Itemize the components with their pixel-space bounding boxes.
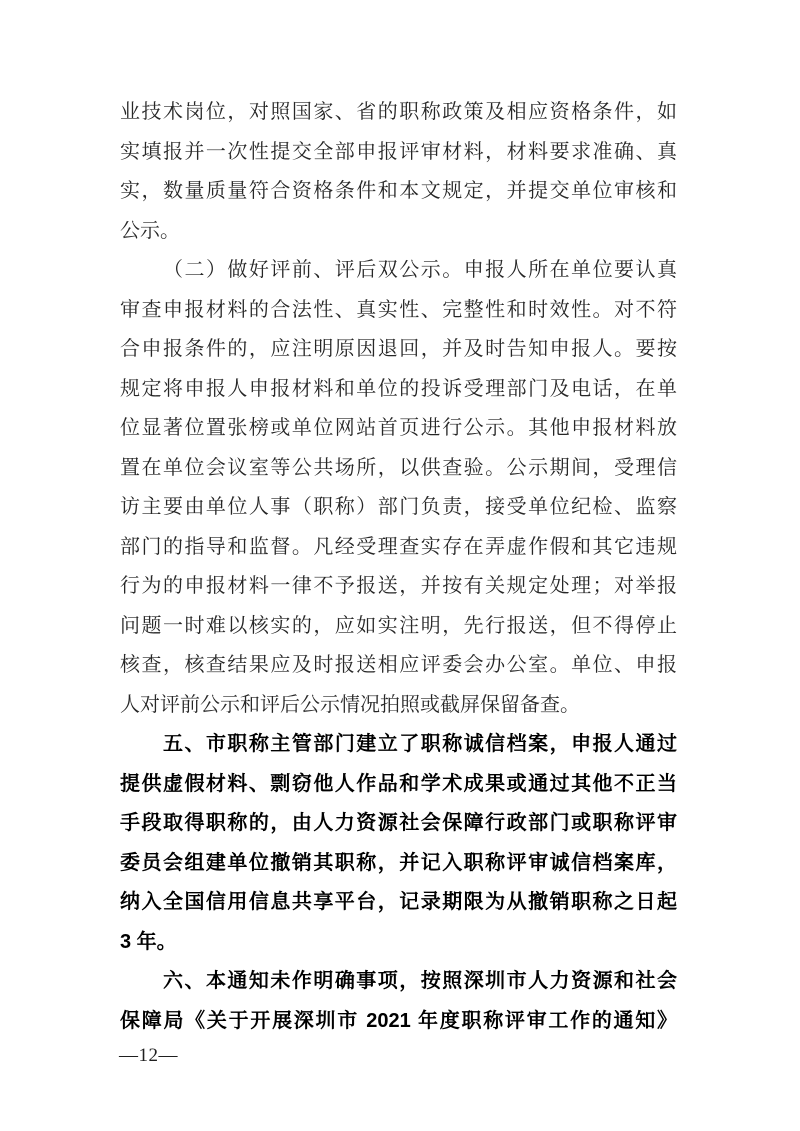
document-page: 业技术岗位，对照国家、省的职称政策及相应资格条件，如实填报并一次性提交全部申报评…: [0, 0, 800, 1131]
document-body: 业技术岗位，对照国家、省的职称政策及相应资格条件，如实填报并一次性提交全部申报评…: [120, 93, 677, 1041]
text-line: 六、本通知未作明确事项，按照深圳市人力资源和社会: [120, 962, 677, 1002]
text-line: 行为的申报材料一律不予报送，并按有关规定处理；对举报: [120, 567, 677, 607]
paragraph: 五、市职称主管部门建立了职称诚信档案，申报人通过提供虚假材料、剽窃他人作品和学术…: [120, 725, 677, 962]
text-line: 核查，核查结果应及时报送相应评委会办公室。单位、申报: [120, 646, 677, 686]
text-line: 纳入全国信用信息共享平台，记录期限为从撤销职称之日起: [120, 883, 677, 923]
text-line: 手段取得职称的，由人力资源社会保障行政部门或职称评审: [120, 804, 677, 844]
page-number: —12—: [119, 1044, 178, 1068]
text-line: 3 年。: [120, 923, 677, 963]
text-line: 公示。: [120, 212, 677, 252]
text-line: 实，数量质量符合资格条件和本文规定，并提交单位审核和: [120, 172, 677, 212]
text-line: 置在单位会议室等公共场所，以供查验。公示期间，受理信: [120, 449, 677, 489]
text-line: 位显著位置张榜或单位网站首页进行公示。其他申报材料放: [120, 409, 677, 449]
text-line: 问题一时难以核实的，应如实注明，先行报送，但不得停止: [120, 607, 677, 647]
text-line: 部门的指导和监督。凡经受理查实存在弄虚作假和其它违规: [120, 528, 677, 568]
text-line: 访主要由单位人事（职称）部门负责，接受单位纪检、监察: [120, 488, 677, 528]
text-line: 实填报并一次性提交全部申报评审材料，材料要求准确、真: [120, 133, 677, 173]
text-line: 规定将申报人申报材料和单位的投诉受理部门及电话，在单: [120, 370, 677, 410]
text-line: 提供虚假材料、剽窃他人作品和学术成果或通过其他不正当: [120, 765, 677, 805]
text-line: （二）做好评前、评后双公示。申报人所在单位要认真: [120, 251, 677, 291]
paragraph: （二）做好评前、评后双公示。申报人所在单位要认真审查申报材料的合法性、真实性、完…: [120, 251, 677, 725]
text-line: 合申报条件的，应注明原因退回，并及时告知申报人。要按: [120, 330, 677, 370]
text-line: 人对评前公示和评后公示情况拍照或截屏保留备查。: [120, 686, 677, 726]
paragraph: 业技术岗位，对照国家、省的职称政策及相应资格条件，如实填报并一次性提交全部申报评…: [120, 93, 677, 251]
text-line: 审查申报材料的合法性、真实性、完整性和时效性。对不符: [120, 291, 677, 331]
text-line: 业技术岗位，对照国家、省的职称政策及相应资格条件，如: [120, 93, 677, 133]
paragraph: 六、本通知未作明确事项，按照深圳市人力资源和社会保障局《关于开展深圳市 2021…: [120, 962, 677, 1041]
text-line: 委员会组建单位撤销其职称，并记入职称评审诚信档案库，: [120, 844, 677, 884]
text-line: 保障局《关于开展深圳市 2021 年度职称评审工作的通知》: [120, 1002, 677, 1042]
text-line: 五、市职称主管部门建立了职称诚信档案，申报人通过: [120, 725, 677, 765]
